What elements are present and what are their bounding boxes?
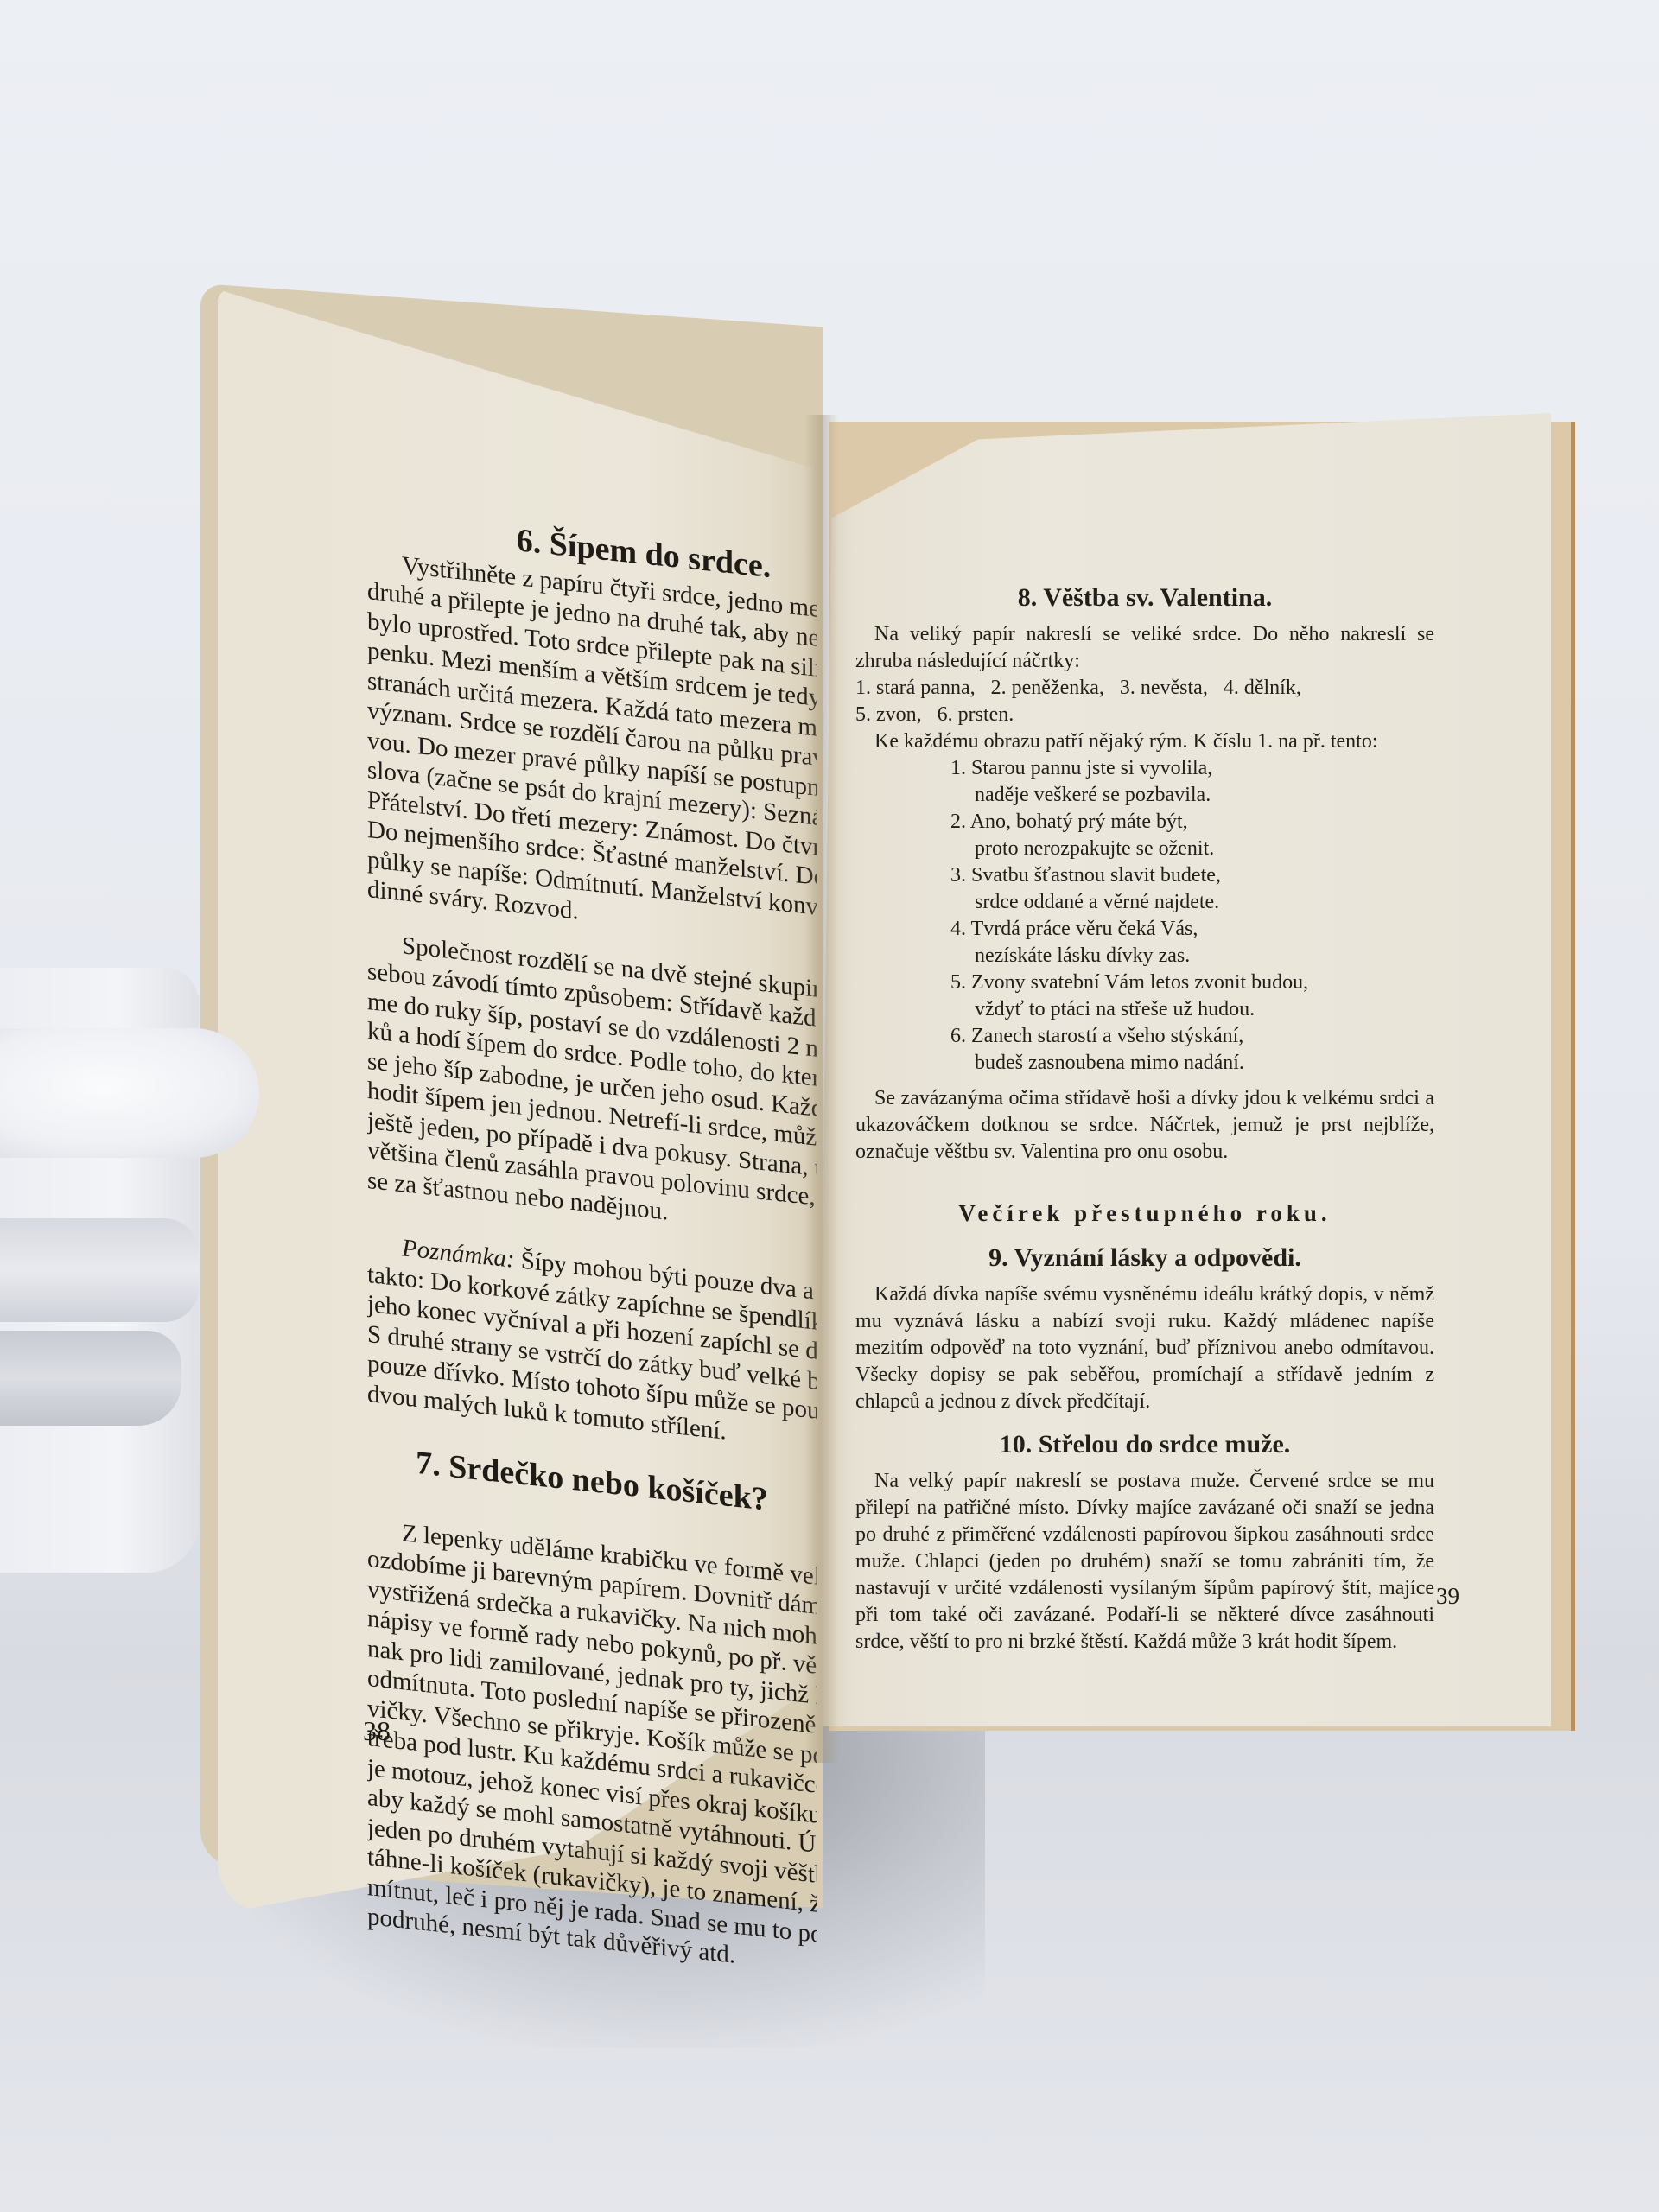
section-8-items-line-1: 1. stará panna, 2. peněženka, 3. nevěsta… [855, 675, 1434, 702]
section-8-closing: Se zavázanýma očima střídavě hoši a dívk… [855, 1085, 1434, 1166]
glove-thumb [0, 1028, 259, 1158]
verse-continuation: naděje veškeré se pozbavila. [950, 782, 1434, 809]
party-heading: Večírek přestupného roku. [855, 1200, 1434, 1227]
verse-continuation: nezískáte lásku dívky zas. [950, 943, 1434, 969]
right-page-text: 8. Věštba sv. Valentina. Na veliký papír… [855, 577, 1434, 1656]
verse-continuation: budeš zasnoubena mimo nadání. [950, 1050, 1434, 1077]
glove-finger [0, 1218, 199, 1322]
spacer [855, 1077, 1434, 1085]
section-9-text: Každá dívka napíše svému vysněnému ideál… [855, 1281, 1434, 1415]
verse-item: 5. Zvony svatební Vám letos zvonit budou… [950, 969, 1434, 996]
left-page-text: 6. Šípem do srdce. Vystřihněte z papíru … [367, 510, 817, 1979]
glove-finger [0, 1331, 181, 1426]
section-8-rhyme-intro: Ke každému obrazu patří nějaký rým. K čí… [855, 728, 1434, 755]
section-8-title: 8. Věštba sv. Valentina. [855, 584, 1434, 611]
gloved-hand [0, 968, 259, 1624]
section-9-title: 9. Vyznání lásky a odpovědi. [855, 1244, 1434, 1271]
section-6-paragraph-1: Vystřihněte z papíru čtyři srdce, jedno … [367, 547, 817, 952]
section-8-intro: Na veliký papír nakreslí se veliké srdce… [855, 621, 1434, 675]
spacer [855, 1415, 1434, 1424]
verse-item: 4. Tvrdá práce věru čeká Vás, [950, 916, 1434, 943]
verse-list: 1. Starou pannu jste si vyvolila, naděje… [855, 755, 1434, 1077]
section-10-title: 10. Střelou do srdce muže. [855, 1431, 1434, 1458]
section-10-text: Na velký papír nakreslí se postava muže.… [855, 1468, 1434, 1656]
verse-continuation: srdce oddané a věrné najdete. [950, 889, 1434, 916]
page-number-left: 38 [363, 1715, 391, 1747]
verse-item: 6. Zanech starostí a všeho stýskání, [950, 1023, 1434, 1050]
verse-item: 1. Starou pannu jste si vyvolila, [950, 755, 1434, 782]
section-7-paragraph: Z lepenky uděláme krabičku ve formě velk… [367, 1515, 817, 1980]
book-gutter [804, 415, 838, 1763]
verse-item: 3. Svatbu šťastnou slavit budete, [950, 862, 1434, 889]
section-8-items-line-2: 5. zvon, 6. prsten. [855, 702, 1434, 728]
verse-continuation: proto nerozpakujte se oženit. [950, 836, 1434, 862]
verse-item: 2. Ano, bohatý prý máte být, [950, 809, 1434, 836]
page-number-right: 39 [1436, 1583, 1459, 1610]
section-6-paragraph-2: Společnost rozdělí se na dvě stejné skup… [367, 927, 817, 1243]
verse-continuation: vždyť to ptáci na střeše už hudou. [950, 996, 1434, 1023]
